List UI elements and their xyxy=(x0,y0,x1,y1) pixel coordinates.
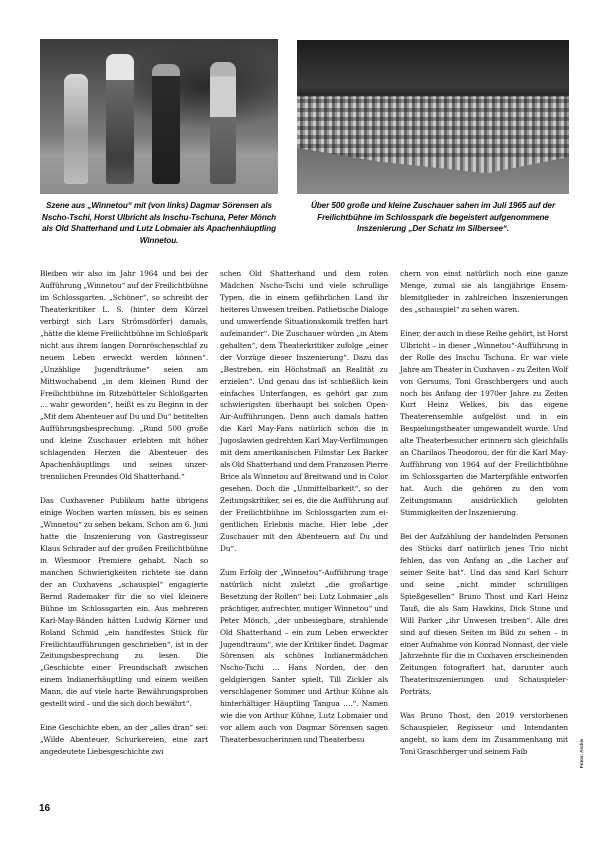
text-column-3: chern von einst natürlich noch eine ganz… xyxy=(400,268,568,770)
paragraph: Bleiben wir also im Jahr 1964 und bei de… xyxy=(40,268,208,483)
figure-inschu-tschuna xyxy=(106,54,134,184)
paragraph: Einer, der auch in diese Reihe gehört, i… xyxy=(400,328,568,519)
paragraph: Eine Geschichte eben, an der „alles dran… xyxy=(40,722,208,758)
crowd-texture xyxy=(297,95,569,157)
paragraph: Das Cuxhavener Publikum hatte übrigens e… xyxy=(40,495,208,710)
photo-credit: Fotos: Archiv xyxy=(579,739,584,768)
figure-winnetou xyxy=(210,62,236,184)
paragraph: chern von einst natürlich noch eine ganz… xyxy=(400,268,568,316)
photo-winnetou-scene xyxy=(40,39,278,194)
photo-caption-left: Szene aus „Winnetou“ mit (von links) Dag… xyxy=(40,200,278,247)
paragraph: Zum Erfolg der „Winnetou“-Aufführung tra… xyxy=(220,567,388,746)
photo-audience xyxy=(297,40,569,194)
photo-caption-right: Über 500 große und kleine Zuschauer sahe… xyxy=(297,200,569,235)
text-column-2: schen Old Shatterhand und dem roten Mädc… xyxy=(220,268,388,758)
page-number: 16 xyxy=(39,803,50,814)
paragraph: schen Old Shatterhand und dem roten Mädc… xyxy=(220,268,388,555)
paragraph: Bei der Aufzählung der handelnden Per­so… xyxy=(400,531,568,698)
paragraph: Was Bruno Thost, den 2019 verstorbenen S… xyxy=(400,710,568,758)
figure-old-shatterhand xyxy=(152,64,180,184)
figure-nscho-tschi xyxy=(64,74,88,184)
text-column-1: Bleiben wir also im Jahr 1964 und bei de… xyxy=(40,268,208,770)
